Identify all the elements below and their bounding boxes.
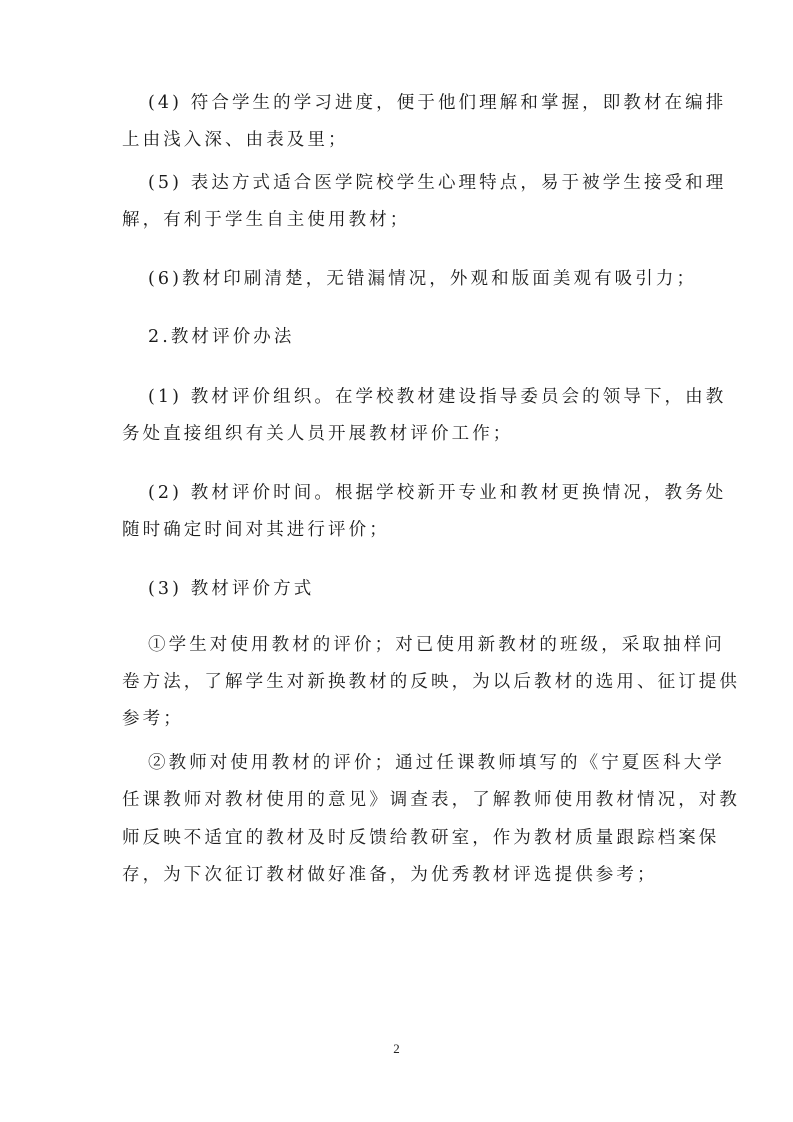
paragraph-line: 任课教师对教材使用的意见》调查表，了解教师使用教材情况，对教	[122, 789, 670, 811]
paragraph-line: 卷方法，了解学生对新换教材的反映，为以后教材的选用、征订提供	[122, 671, 670, 693]
paragraph-line: 务处直接组织有关人员开展教材评价工作；	[122, 423, 670, 445]
paragraph-first-line: (6)教材印刷清楚，无错漏情况，外观和版面美观有吸引力；	[148, 268, 696, 290]
paragraph-first-line: (4) 符合学生的学习进度，便于他们理解和掌握，即教材在编排	[148, 92, 696, 114]
paragraph-first-line: ①学生对使用教材的评价；对已使用新教材的班级，采取抽样问	[148, 634, 696, 656]
paragraph-line: 参考；	[122, 708, 670, 730]
paragraph-first-line: (1) 教材评价组织。在学校教材建设指导委员会的领导下，由教	[148, 386, 696, 408]
paragraph-first-line: (2) 教材评价时间。根据学校新开专业和教材更换情况，教务处	[148, 482, 696, 504]
paragraph-first-line: (5) 表达方式适合医学院校学生心理特点，易于被学生接受和理	[148, 172, 696, 194]
page-number: 2	[0, 1041, 793, 1057]
paragraph-line: 师反映不适宜的教材及时反馈给教研室，作为教材质量跟踪档案保	[122, 827, 670, 849]
paragraph-first-line: (3) 教材评价方式	[148, 578, 696, 600]
paragraph-line: 存，为下次征订教材做好准备，为优秀教材评选提供参考；	[122, 864, 670, 886]
paragraph-line: 解，有利于学生自主使用教材；	[122, 209, 670, 231]
paragraph-first-line: ②教师对使用教材的评价；通过任课教师填写的《宁夏医科大学	[148, 752, 696, 774]
paragraph-first-line: 2.教材评价办法	[148, 326, 696, 348]
document-page: (4) 符合学生的学习进度，便于他们理解和掌握，即教材在编排上由浅入深、由表及里…	[0, 0, 793, 1122]
paragraph-line: 上由浅入深、由表及里；	[122, 129, 670, 151]
paragraph-line: 随时确定时间对其进行评价；	[122, 519, 670, 541]
